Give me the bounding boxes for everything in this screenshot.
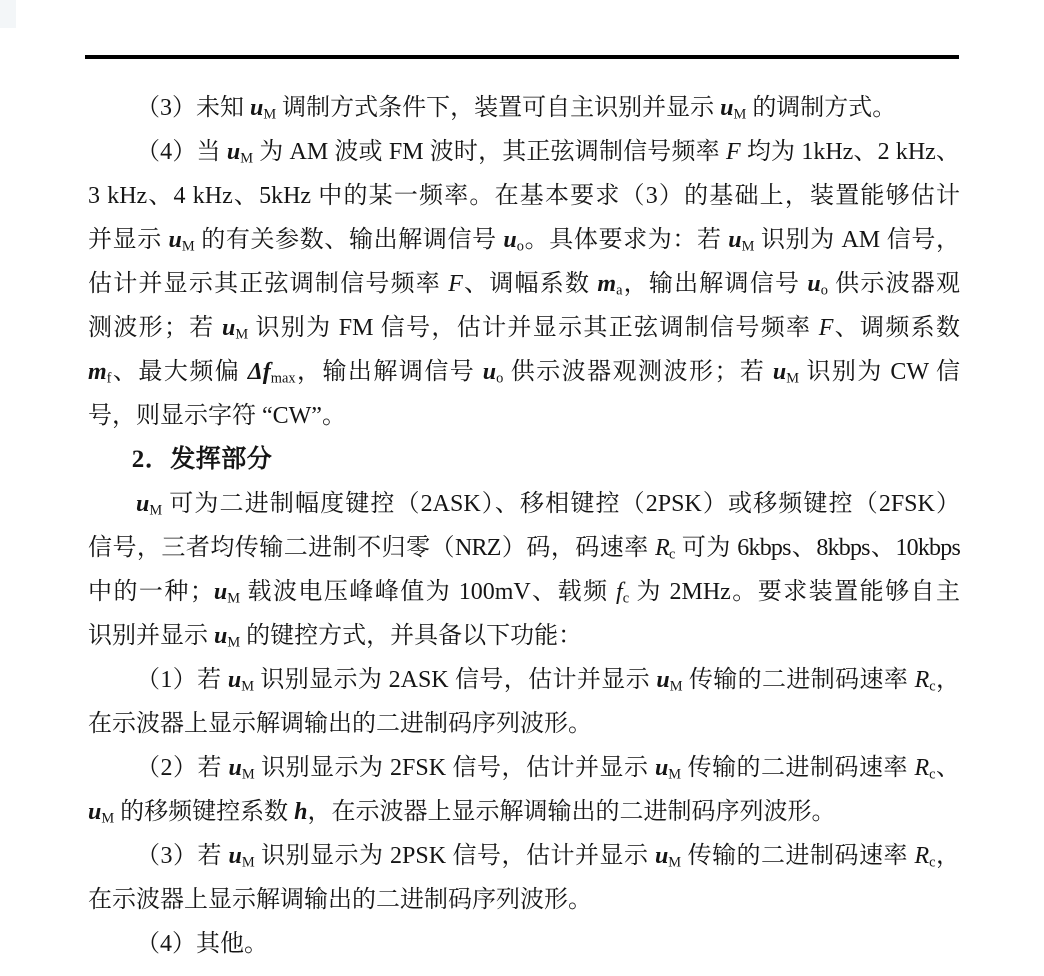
text-run: 并显示 <box>88 227 169 253</box>
math-symbol: u <box>655 755 668 781</box>
math-symbol: u <box>250 95 263 121</box>
math-symbol: R <box>914 843 929 869</box>
text-line: 信号，三者均传输二进制不归零（NRZ）码，码速率 Rc 可为 6kbps、8kb… <box>88 526 960 570</box>
text-run: 在示波器上显示解调输出的二进制码序列波形。 <box>88 887 592 913</box>
math-subscript: M <box>668 855 681 871</box>
text-line: （2）若 uM 识别显示为 2FSK 信号，估计并显示 uM 传输的二进制码速率… <box>88 746 960 790</box>
math-symbol: u <box>136 491 149 517</box>
math-symbol: f <box>616 579 623 605</box>
text-line: 测波形；若 uM 识别为 FM 信号，估计并显示其正弦调制信号频率 F、调频系数 <box>88 306 960 350</box>
text-run: 的键控方式，并具备以下功能： <box>240 623 582 649</box>
math-subscript: M <box>149 503 162 519</box>
text-run: 在示波器上显示解调输出的二进制码序列波形。 <box>88 711 592 737</box>
text-run: 传输的二进制码速率 <box>683 667 915 693</box>
text-run: 识别显示为 2ASK 信号，估计并显示 <box>254 667 656 693</box>
math-symbol: u <box>655 843 668 869</box>
text-run: 的移频键控系数 <box>114 799 294 825</box>
text-run: （4）其他。 <box>136 931 268 957</box>
math-subscript: M <box>734 107 747 123</box>
math-symbol: h <box>294 799 307 825</box>
horizontal-rule <box>85 55 959 59</box>
scan-corner-artifact <box>0 0 16 28</box>
text-run: 2．发挥部分 <box>132 446 273 473</box>
text-run: 识别显示为 2PSK 信号，估计并显示 <box>255 843 655 869</box>
math-symbol: F <box>726 139 741 165</box>
text-run: 号，则显示字符 “CW”。 <box>88 403 346 429</box>
math-symbol: R <box>915 667 930 693</box>
text-run: （3）若 <box>136 843 228 869</box>
text-line: 并显示 uM 的有关参数、输出解调信号 uo。具体要求为：若 uM 识别为 AM… <box>88 218 960 262</box>
text-run: ， <box>936 667 960 693</box>
math-symbol: u <box>228 843 241 869</box>
text-run: ，输出解调信号 <box>622 271 807 297</box>
math-symbol: R <box>655 535 669 561</box>
text-run: 传输的二进制码速率 <box>681 843 914 869</box>
math-subscript: M <box>227 635 240 651</box>
math-symbol: u <box>728 227 741 253</box>
math-symbol: u <box>228 755 241 781</box>
text-line: uM 的移频键控系数 h，在示波器上显示解调输出的二进制码序列波形。 <box>88 790 960 834</box>
text-line: 在示波器上显示解调输出的二进制码序列波形。 <box>88 878 960 922</box>
math-symbol: u <box>227 139 240 165</box>
text-run: 可为 6kbps、8kbps、10kbps <box>675 535 960 561</box>
math-symbol: Δf <box>248 359 271 385</box>
text-run: 的有关参数、输出解调信号 <box>195 227 504 253</box>
text-line: （4）当 uM 为 AM 波或 FM 波时，其正弦调制信号频率 F 均为 1kH… <box>88 130 960 174</box>
math-symbol: F <box>448 271 463 297</box>
math-subscript: M <box>101 811 114 827</box>
text-line: 3 kHz、4 kHz、5kHz 中的某一频率。在基本要求（3）的基础上，装置能… <box>88 174 960 218</box>
text-run: 的调制方式。 <box>746 95 896 121</box>
math-subscript: M <box>241 679 254 695</box>
math-symbol: u <box>503 227 516 253</box>
text-line: 中的一种；uM 载波电压峰峰值为 100mV、载频 fc 为 2MHz。要求装置… <box>88 570 960 614</box>
math-subscript: M <box>263 107 276 123</box>
text-run: 传输的二进制码速率 <box>681 755 914 781</box>
text-run: 3 kHz、4 kHz、5kHz 中的某一频率。在基本要求（3）的基础上，装置能… <box>88 183 960 209</box>
document-body: （3）未知 uM 调制方式条件下，装置可自主识别并显示 uM 的调制方式。（4）… <box>88 86 960 966</box>
text-run: 为 2MHz。要求装置能够自主 <box>629 579 960 605</box>
math-subscript: M <box>242 767 255 783</box>
text-line: 号，则显示字符 “CW”。 <box>88 394 960 438</box>
math-symbol: u <box>483 359 496 385</box>
text-line: uM 可为二进制幅度键控（2ASK）、移相键控（2PSK）或移频键控（2FSK） <box>88 482 960 526</box>
text-run: 、调幅系数 <box>463 271 598 297</box>
math-subscript: M <box>786 371 799 387</box>
text-run: 、调频系数 <box>833 315 960 341</box>
math-symbol: u <box>214 579 227 605</box>
text-run: 测波形；若 <box>88 315 222 341</box>
math-subscript: M <box>742 239 755 255</box>
text-run: 信号，三者均传输二进制不归零（NRZ）码，码速率 <box>88 535 655 561</box>
math-symbol: u <box>656 667 669 693</box>
math-symbol: u <box>773 359 786 385</box>
math-symbol: m <box>597 271 616 297</box>
math-symbol: u <box>807 271 820 297</box>
text-line: （3）未知 uM 调制方式条件下，装置可自主识别并显示 uM 的调制方式。 <box>88 86 960 130</box>
math-symbol: u <box>228 667 241 693</box>
text-run: （3）未知 <box>136 95 250 121</box>
text-line: （1）若 uM 识别显示为 2ASK 信号，估计并显示 uM 传输的二进制码速率… <box>88 658 960 702</box>
text-run: 识别为 CW 信 <box>799 359 960 385</box>
math-subscript: o <box>821 283 828 299</box>
text-run: 调制方式条件下，装置可自主识别并显示 <box>276 95 720 121</box>
text-line: 估计并显示其正弦调制信号频率 F、调幅系数 ma，输出解调信号 uo 供示波器观 <box>88 262 960 306</box>
math-symbol: u <box>169 227 182 253</box>
text-run: 可为二进制幅度键控（2ASK）、移相键控（2PSK）或移频键控（2FSK） <box>162 491 960 517</box>
math-symbol: R <box>914 755 929 781</box>
text-run: 。具体要求为：若 <box>524 227 728 253</box>
math-symbol: m <box>88 359 107 385</box>
math-symbol: u <box>222 315 235 341</box>
text-run: （1）若 <box>136 667 228 693</box>
text-run: 识别显示为 2FSK 信号，估计并显示 <box>255 755 655 781</box>
math-subscript: M <box>227 591 240 607</box>
math-subscript: M <box>668 767 681 783</box>
text-run: ， <box>936 843 961 869</box>
math-subscript: M <box>235 327 248 343</box>
text-run: ，输出解调信号 <box>296 359 483 385</box>
text-run: 供示波器观 <box>828 271 960 297</box>
text-run: 供示波器观测波形；若 <box>503 359 773 385</box>
text-run: 为 AM 波或 FM 波时，其正弦调制信号频率 <box>253 139 726 165</box>
text-run: 、 <box>936 755 961 781</box>
text-run: 均为 1kHz、2 kHz、 <box>741 139 960 165</box>
text-run: 中的一种； <box>88 579 214 605</box>
math-subscript: o <box>517 239 524 255</box>
math-symbol: u <box>214 623 227 649</box>
text-run: 估计并显示其正弦调制信号频率 <box>88 271 448 297</box>
math-subscript: M <box>182 239 195 255</box>
math-subscript: M <box>670 679 683 695</box>
text-line: （3）若 uM 识别显示为 2PSK 信号，估计并显示 uM 传输的二进制码速率… <box>88 834 960 878</box>
text-line: 识别并显示 uM 的键控方式，并具备以下功能： <box>88 614 960 658</box>
section-heading: 2．发挥部分 <box>88 438 960 482</box>
text-run: 、最大频偏 <box>111 359 247 385</box>
text-run: 载波电压峰峰值为 100mV、载频 <box>240 579 616 605</box>
text-line: 在示波器上显示解调输出的二进制码序列波形。 <box>88 702 960 746</box>
math-subscript: M <box>242 855 255 871</box>
text-line: mf、最大频偏 Δfmax，输出解调信号 uo 供示波器观测波形；若 uM 识别… <box>88 350 960 394</box>
text-line: （4）其他。 <box>88 922 960 966</box>
text-run: （4）当 <box>136 139 227 165</box>
text-run: 识别并显示 <box>88 623 214 649</box>
text-run: ，在示波器上显示解调输出的二进制码序列波形。 <box>308 799 836 825</box>
math-symbol: u <box>88 799 101 825</box>
math-symbol: u <box>720 95 733 121</box>
text-run: 识别为 AM 信号， <box>754 227 960 253</box>
text-run: 识别为 FM 信号，估计并显示其正弦调制信号频率 <box>248 315 819 341</box>
math-symbol: F <box>819 315 834 341</box>
math-subscript: max <box>271 371 296 387</box>
text-run: （2）若 <box>136 755 228 781</box>
math-subscript: M <box>240 151 253 167</box>
